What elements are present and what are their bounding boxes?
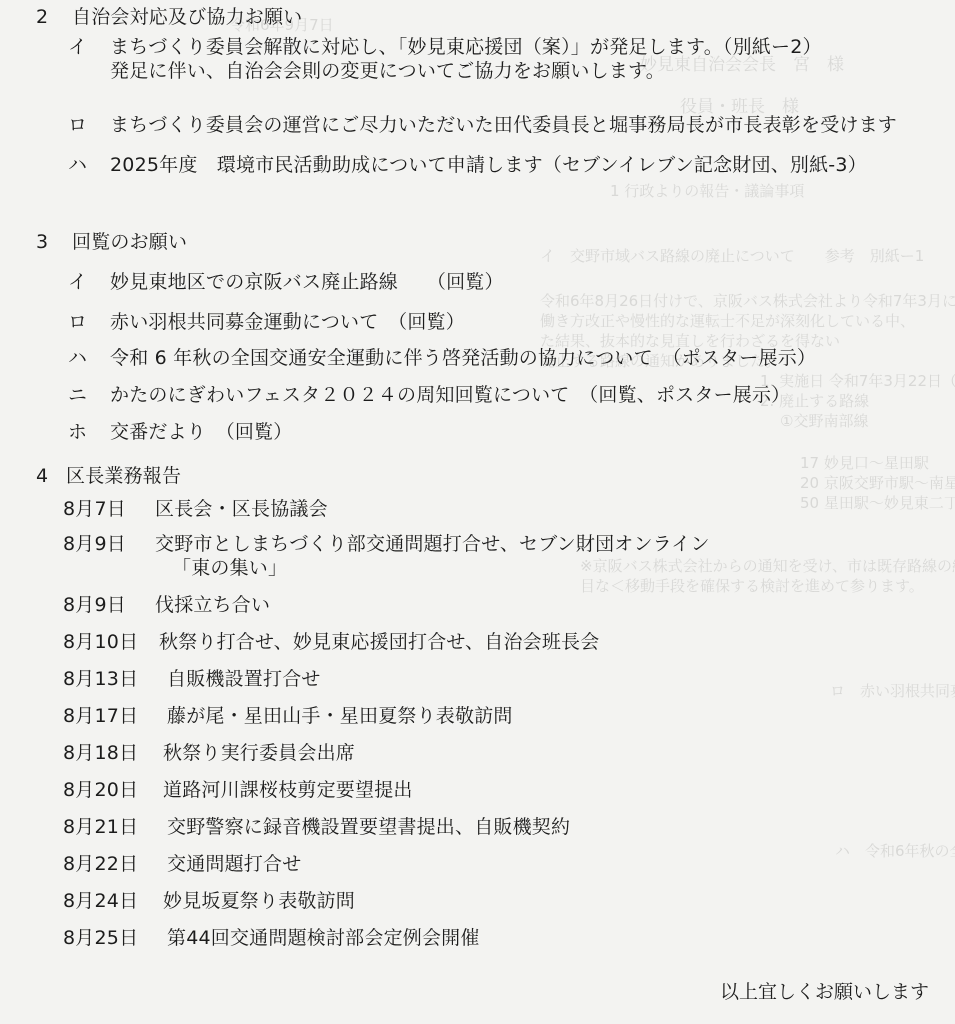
bleed-through-text: 1 行政よりの報告・議論事項 — [610, 180, 804, 201]
entry-text: 藤が尾・星田山手・星田夏祭り表敬訪問 — [167, 705, 513, 727]
bleed-through-text: ロ 赤い羽根共同募金運動について回覧 — [830, 680, 955, 701]
bleed-through-text: 目な＜移動手段を確保する検討を進めて参ります。 — [580, 575, 924, 596]
entry-text: 秋祭り実行委員会出席 — [163, 742, 355, 764]
report-entry: 8月9日交野市としまちづくり部交通問題打合せ、セブン財団オンライン — [63, 533, 710, 555]
bleed-through-text: 50 星田駅～妙見東二丁目～南星台～星田駅 — [800, 492, 955, 513]
report-entry: 8月24日妙見坂夏祭り表敬訪問 — [63, 890, 355, 912]
item-text: 妙見東地区での京阪バス廃止路線 （回覧） — [110, 271, 504, 293]
entry-date: 8月22日 — [63, 853, 167, 875]
section-heading: 4区長業務報告 — [36, 465, 181, 487]
list-item: ロ赤い羽根共同募金運動について （回覧） — [68, 311, 465, 333]
item-marker: イ — [68, 36, 110, 58]
report-entry-continuation: 「東の集い」 — [172, 557, 287, 579]
section-number: 2 — [36, 6, 72, 28]
entry-text: 交通問題打合せ — [167, 853, 301, 875]
list-item-continuation: 発足に伴い、自治会会則の変更についてご協力をお願いします。 — [110, 60, 665, 82]
bleed-through-text: ハ 令和6年秋の全国交通安全運動に伴う啓発活動の協力について — [835, 840, 955, 861]
entry-date: 8月21日 — [63, 816, 167, 838]
closing-remark: 以上宜しくお願いします — [720, 977, 929, 1004]
bleed-through-text: 働き方改正や慢性的な運転士不足が深刻化している中、 — [540, 310, 915, 331]
item-text: 令和 6 年秋の全国交通安全運動に伴う啓発活動の協力について （ポスター展示） — [110, 347, 816, 369]
report-entry: 8月17日藤が尾・星田山手・星田夏祭り表敬訪問 — [63, 705, 513, 727]
item-text: 2025年度 環境市民活動助成について申請します（セブンイレブン記念財団、別紙-… — [110, 154, 867, 176]
item-marker: ロ — [68, 114, 110, 136]
entry-date: 8月9日 — [63, 533, 155, 555]
item-text: まちづくり委員会の運営にご尽力いただいた田代委員長と堀事務局長が市長表彰を受けま… — [110, 114, 897, 136]
entry-date: 8月24日 — [63, 890, 163, 912]
entry-text: 交野市としまちづくり部交通問題打合せ、セブン財団オンライン — [155, 533, 710, 555]
entry-text: 交野警察に録音機設置要望書提出、自販機契約 — [167, 816, 570, 838]
report-entry: 8月9日伐採立ち合い — [63, 594, 270, 616]
section-title: 区長業務報告 — [66, 465, 181, 487]
report-entry: 8月7日区長会・区長協議会 — [63, 498, 328, 520]
item-marker: ロ — [68, 311, 110, 333]
report-entry: 8月18日秋祭り実行委員会出席 — [63, 742, 355, 764]
entry-text: 妙見坂夏祭り表敬訪問 — [163, 890, 355, 912]
entry-date: 8月20日 — [63, 779, 163, 801]
report-entry: 8月22日交通問題打合せ — [63, 853, 301, 875]
item-text: 赤い羽根共同募金運動について （回覧） — [110, 311, 465, 333]
item-marker: ホ — [68, 421, 110, 443]
section-heading: 3回覧のお願い — [36, 231, 187, 253]
list-item: イまちづくり委員会解散に対応し、「妙見東応援団（案）」が発足します。（別紙ー2） — [68, 36, 822, 58]
list-item: ロまちづくり委員会の運営にご尽力いただいた田代委員長と堀事務局長が市長表彰を受け… — [68, 114, 897, 136]
bleed-through-text: ※京阪バス株式会社からの通知を受け、市は既存路線の維持を基本に — [580, 555, 955, 576]
section-heading: 2自治会対応及び協力お願い — [36, 6, 302, 28]
entry-text: 秋祭り打合せ、妙見東応援団打合せ、自治会班長会 — [159, 631, 599, 653]
entry-text: 「東の集い」 — [172, 557, 287, 579]
item-text: かたのにぎわいフェスタ２０２４の周知回覧について （回覧、ポスター展示） — [110, 384, 790, 406]
item-text: まちづくり委員会解散に対応し、「妙見東応援団（案）」が発足します。（別紙ー2） — [110, 36, 822, 58]
item-text: 発足に伴い、自治会会則の変更についてご協力をお願いします。 — [110, 60, 665, 82]
item-marker: ハ — [68, 347, 110, 369]
entry-text: 自販機設置打合せ — [167, 668, 321, 690]
entry-date: 8月17日 — [63, 705, 167, 727]
report-entry: 8月25日第44回交通問題検討部会定例会開催 — [63, 927, 480, 949]
entry-text: 道路河川課桜枝剪定要望提出 — [163, 779, 413, 801]
list-item: ハ令和 6 年秋の全国交通安全運動に伴う啓発活動の協力について （ポスター展示） — [68, 347, 816, 369]
report-entry: 8月20日道路河川課桜枝剪定要望提出 — [63, 779, 413, 801]
entry-date: 8月25日 — [63, 927, 167, 949]
section-title: 自治会対応及び協力お願い — [72, 6, 302, 28]
bleed-through-text: 令和6年8月26日付けで、京阪バス株式会社より令和7年3月に実施 — [540, 290, 955, 311]
scanned-document-page: 令和6年9月7日 妙見東自治会会長 宮 様 役員・班長 様 1 行政よりの報告・… — [0, 0, 955, 1024]
entry-date: 8月7日 — [63, 498, 155, 520]
report-entry: 8月21日交野警察に録音機設置要望書提出、自販機契約 — [63, 816, 570, 838]
bleed-through-text: ①交野南部線 — [780, 410, 868, 431]
entry-text: 伐採立ち合い — [155, 594, 270, 616]
item-text: 交番だより （回覧） — [110, 421, 293, 443]
list-item: ホ交番だより （回覧） — [68, 421, 293, 443]
bleed-through-text: イ 交野市域バス路線の廃止について 参考 別紙ー1 — [540, 245, 924, 266]
entry-text: 区長会・区長協議会 — [155, 498, 328, 520]
item-marker: ハ — [68, 154, 110, 176]
item-marker: ニ — [68, 384, 110, 406]
entry-date: 8月18日 — [63, 742, 163, 764]
bleed-through-text: 20 京阪交野市駅～南星台～妙見東二丁目～京阪交野市駅 — [800, 472, 955, 493]
report-entry: 8月10日秋祭り打合せ、妙見東応援団打合せ、自治会班長会 — [63, 631, 599, 653]
list-item: ハ2025年度 環境市民活動助成について申請します（セブンイレブン記念財団、別紙… — [68, 154, 867, 176]
section-title: 回覧のお願い — [72, 231, 187, 253]
list-item: ニかたのにぎわいフェスタ２０２４の周知回覧について （回覧、ポスター展示） — [68, 384, 790, 406]
report-entry: 8月13日自販機設置打合せ — [63, 668, 321, 690]
entry-date: 8月10日 — [63, 631, 159, 653]
bleed-through-text: 17 妙見口～星田駅 — [800, 452, 929, 473]
entry-date: 8月13日 — [63, 668, 167, 690]
section-number: 3 — [36, 231, 72, 253]
list-item: イ妙見東地区での京阪バス廃止路線 （回覧） — [68, 271, 504, 293]
section-number: 4 — [36, 465, 66, 487]
entry-text: 第44回交通問題検討部会定例会開催 — [167, 927, 480, 949]
item-marker: イ — [68, 271, 110, 293]
entry-date: 8月9日 — [63, 594, 155, 616]
